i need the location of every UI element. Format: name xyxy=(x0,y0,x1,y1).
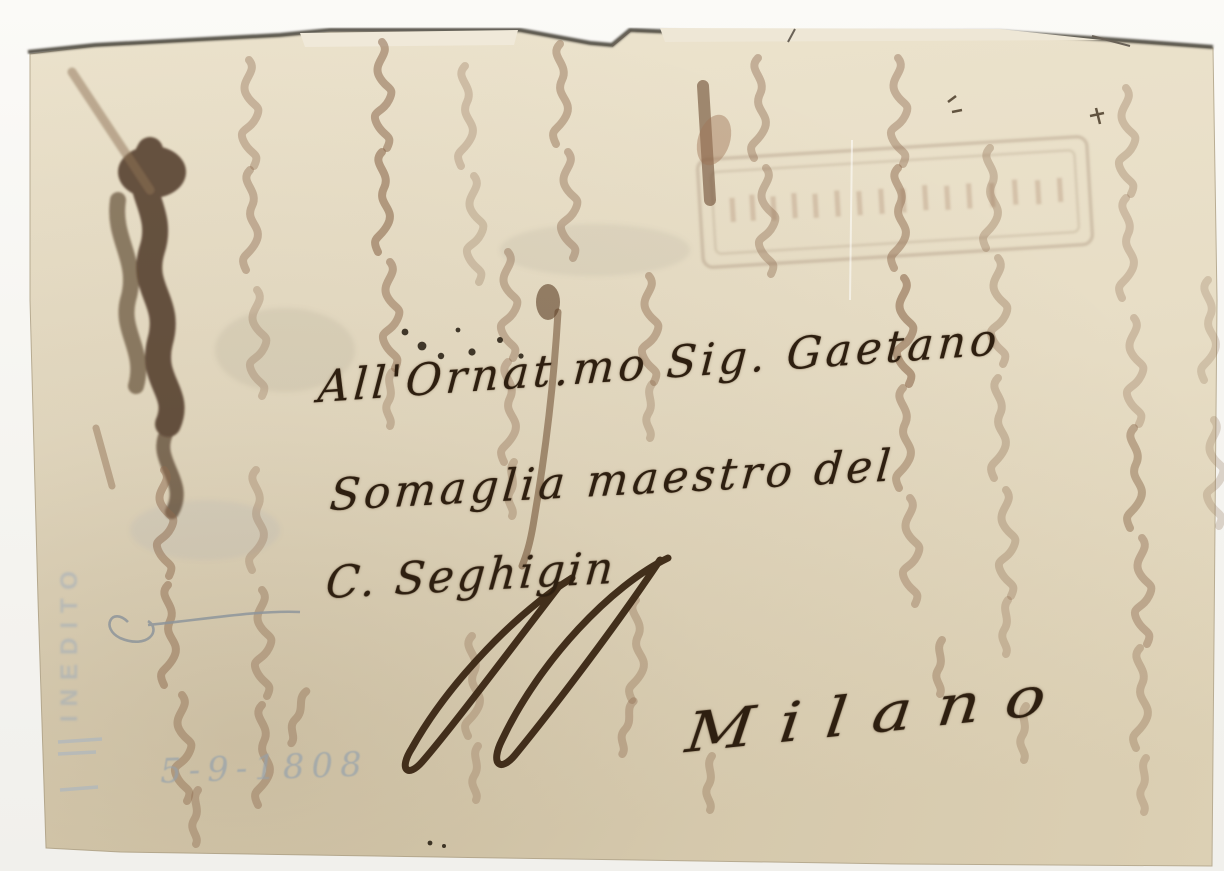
blue-collector-mark: INEDITO xyxy=(56,462,84,722)
letter-photo: All'Ornat.mo Sig. Gaetano Somaglia maest… xyxy=(0,0,1224,871)
pencil-date-annotation: 5-9-1808 xyxy=(159,744,369,791)
letter-artwork xyxy=(0,0,1224,871)
